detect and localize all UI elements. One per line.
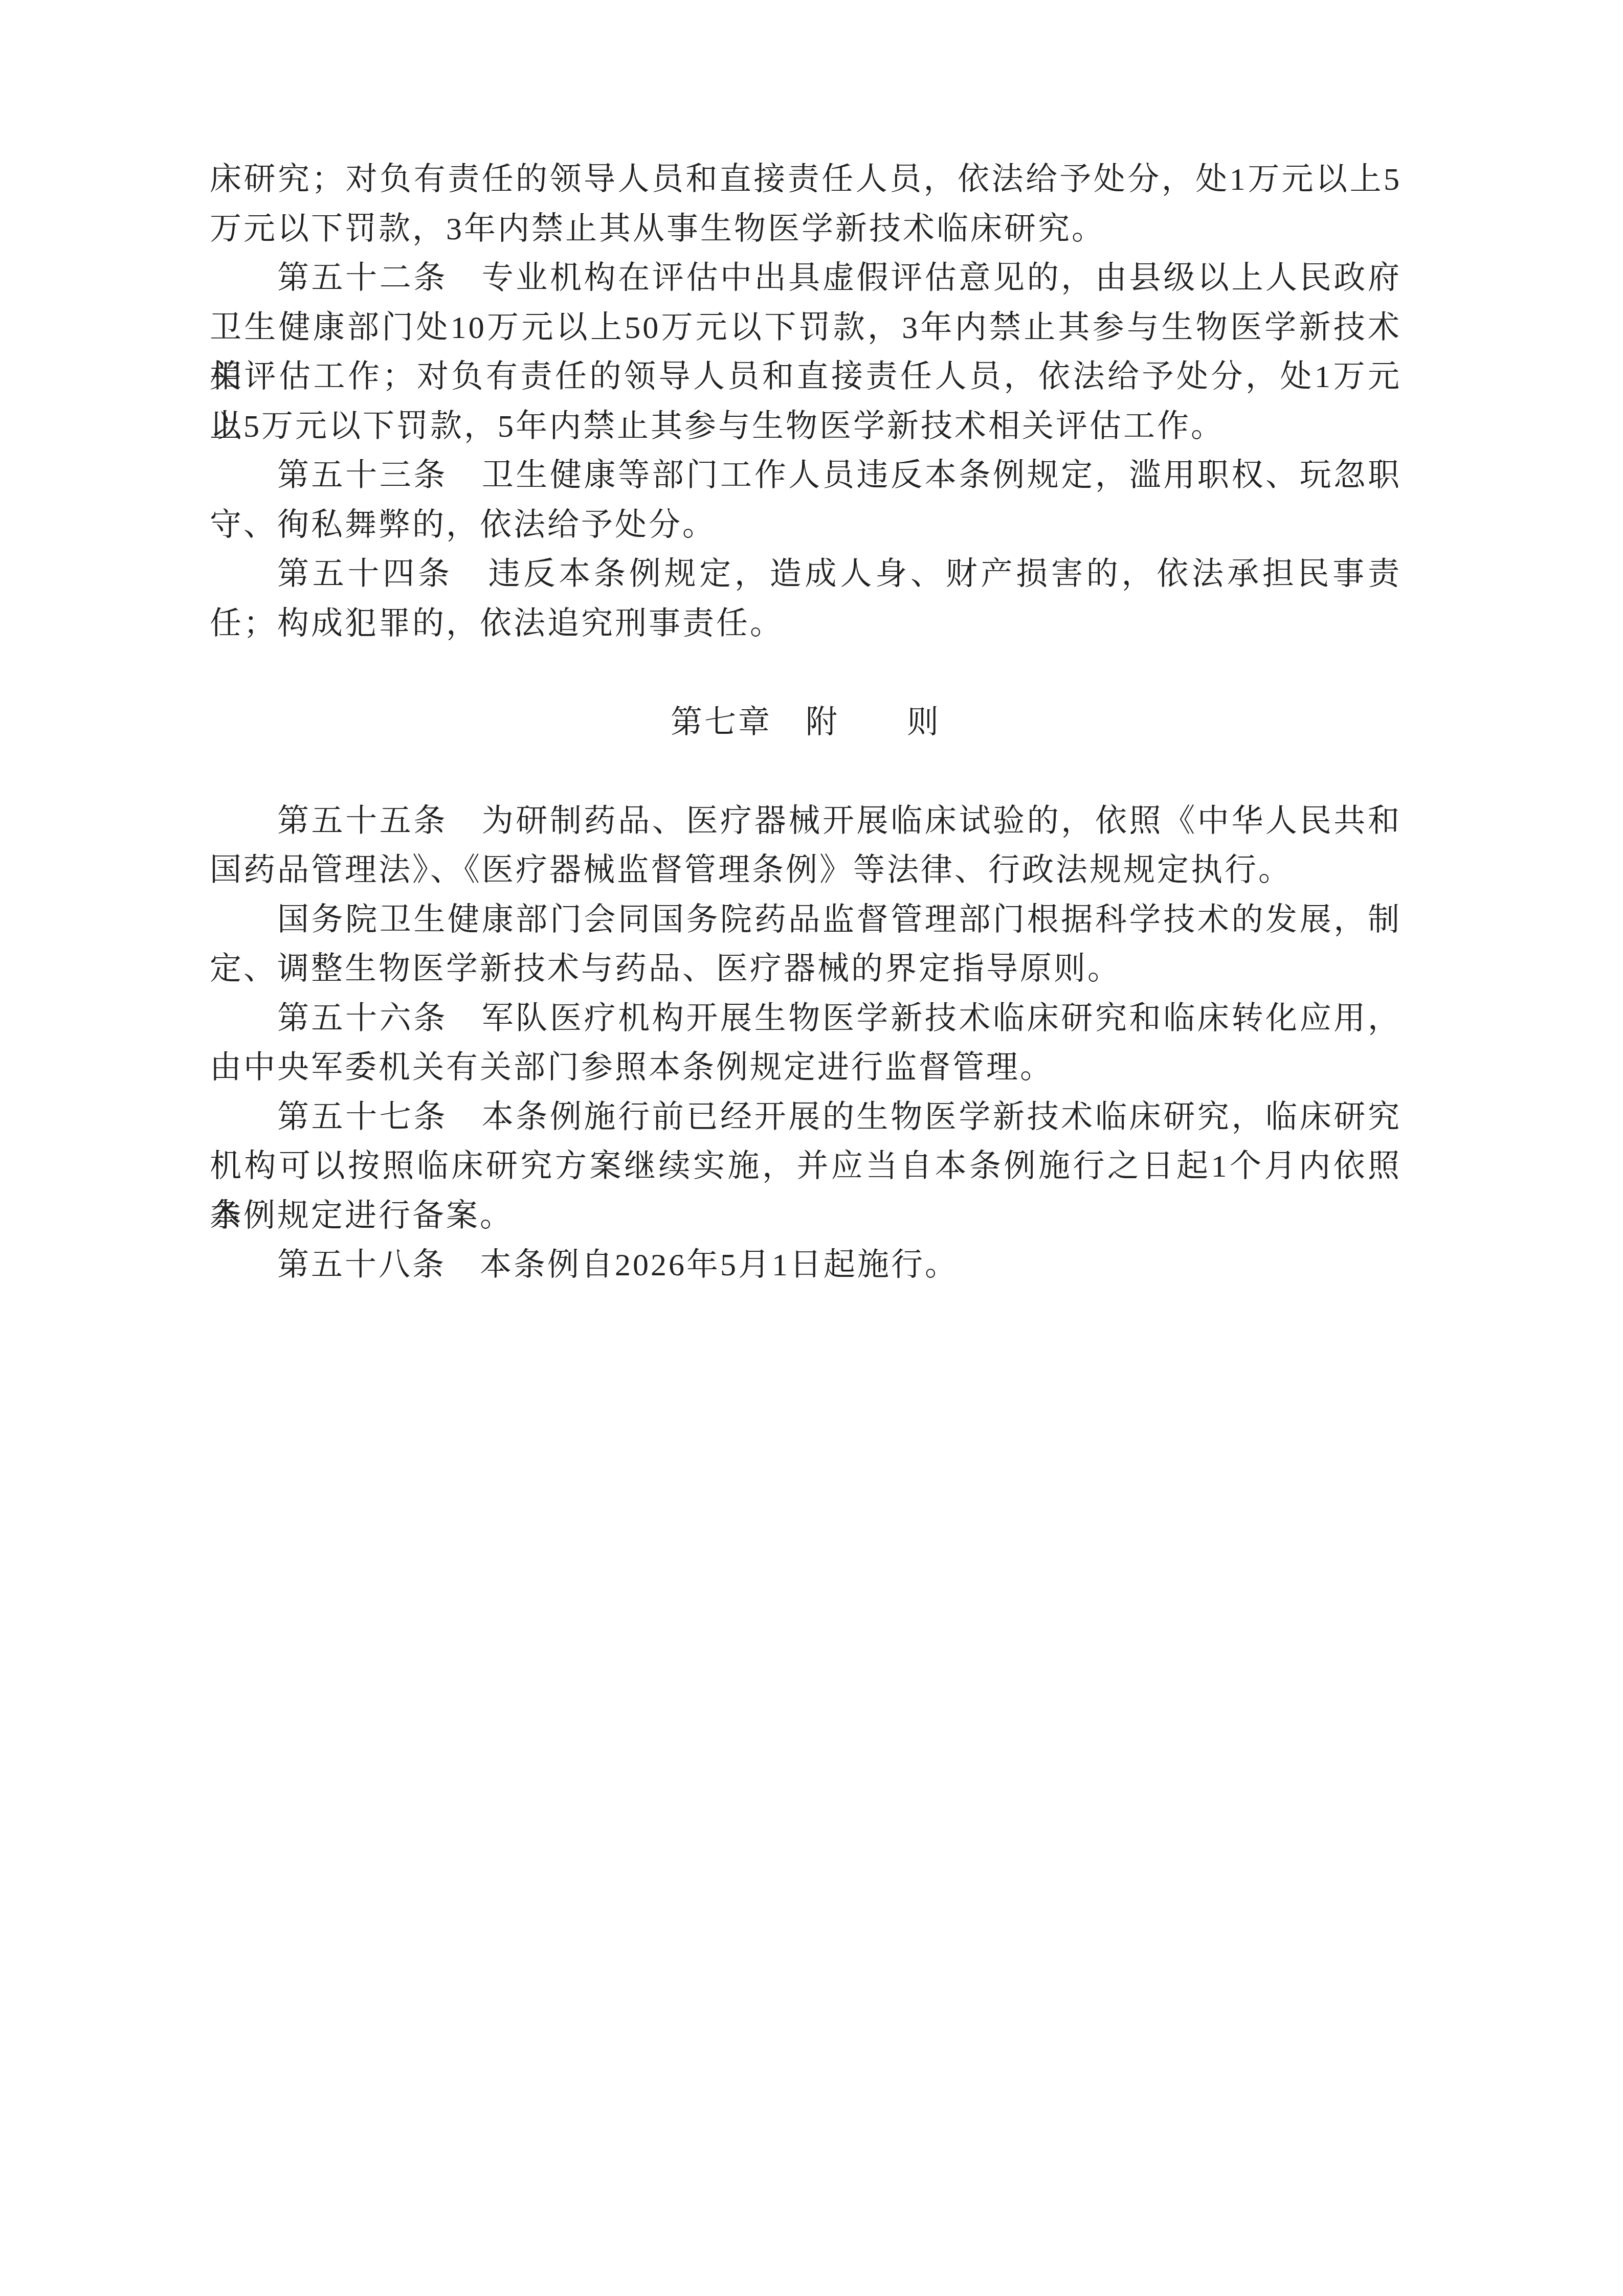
blank-line [210,747,1402,797]
chapter-heading: 第七章 附 则 [210,698,1402,748]
body-line: 第五十八条 本条例自2026年5月1日起施行。 [210,1241,1402,1290]
body-line: 床研究；对负有责任的领导人员和直接责任人员，依法给予处分，处1万元以上5 [210,155,1402,205]
body-line: 第五十六条 军队医疗机构开展生物医学新技术临床研究和临床转化应用， [210,994,1402,1044]
body-line: 国务院卫生健康部门会同国务院药品监督管理部门根据科学技术的发展，制 [210,895,1402,945]
body-line: 任；构成犯罪的，依法追究刑事责任。 [210,599,1402,649]
body-line: 第五十七条 本条例施行前已经开展的生物医学新技术临床研究，临床研究 [210,1093,1402,1142]
blank-line [210,648,1402,698]
body-line: 机构可以按照临床研究方案继续实施，并应当自本条例施行之日起1个月内依照本 [210,1142,1402,1191]
text-block: 床研究；对负有责任的领导人员和直接责任人员，依法给予处分，处1万元以上5 万元以… [210,155,1402,1290]
body-line: 第五十四条 违反本条例规定，造成人身、财产损害的，依法承担民事责 [210,550,1402,599]
body-line: 由中央军委机关有关部门参照本条例规定进行监督管理。 [210,1043,1402,1093]
body-line: 第五十五条 为研制药品、医疗器械开展临床试验的，依照《中华人民共和 [210,797,1402,846]
body-line: 国药品管理法》、《医疗器械监督管理条例》等法律、行政法规规定执行。 [210,846,1402,895]
body-line: 上5万元以下罚款，5年内禁止其参与生物医学新技术相关评估工作。 [210,402,1402,452]
body-line: 第五十二条 专业机构在评估中出具虚假评估意见的，由县级以上人民政府 [210,254,1402,303]
body-line: 万元以下罚款，3年内禁止其从事生物医学新技术临床研究。 [210,205,1402,254]
body-line: 卫生健康部门处10万元以上50万元以下罚款，3年内禁止其参与生物医学新技术相 [210,303,1402,353]
document-page: 床研究；对负有责任的领导人员和直接责任人员，依法给予处分，处1万元以上5 万元以… [0,0,1623,2296]
body-line: 第五十三条 卫生健康等部门工作人员违反本条例规定，滥用职权、玩忽职 [210,451,1402,501]
body-line: 条例规定进行备案。 [210,1191,1402,1241]
body-line: 守、徇私舞弊的，依法给予处分。 [210,501,1402,550]
body-line: 关评估工作；对负有责任的领导人员和直接责任人员，依法给予处分，处1万元以 [210,352,1402,402]
body-line: 定、调整生物医学新技术与药品、医疗器械的界定指导原则。 [210,944,1402,994]
